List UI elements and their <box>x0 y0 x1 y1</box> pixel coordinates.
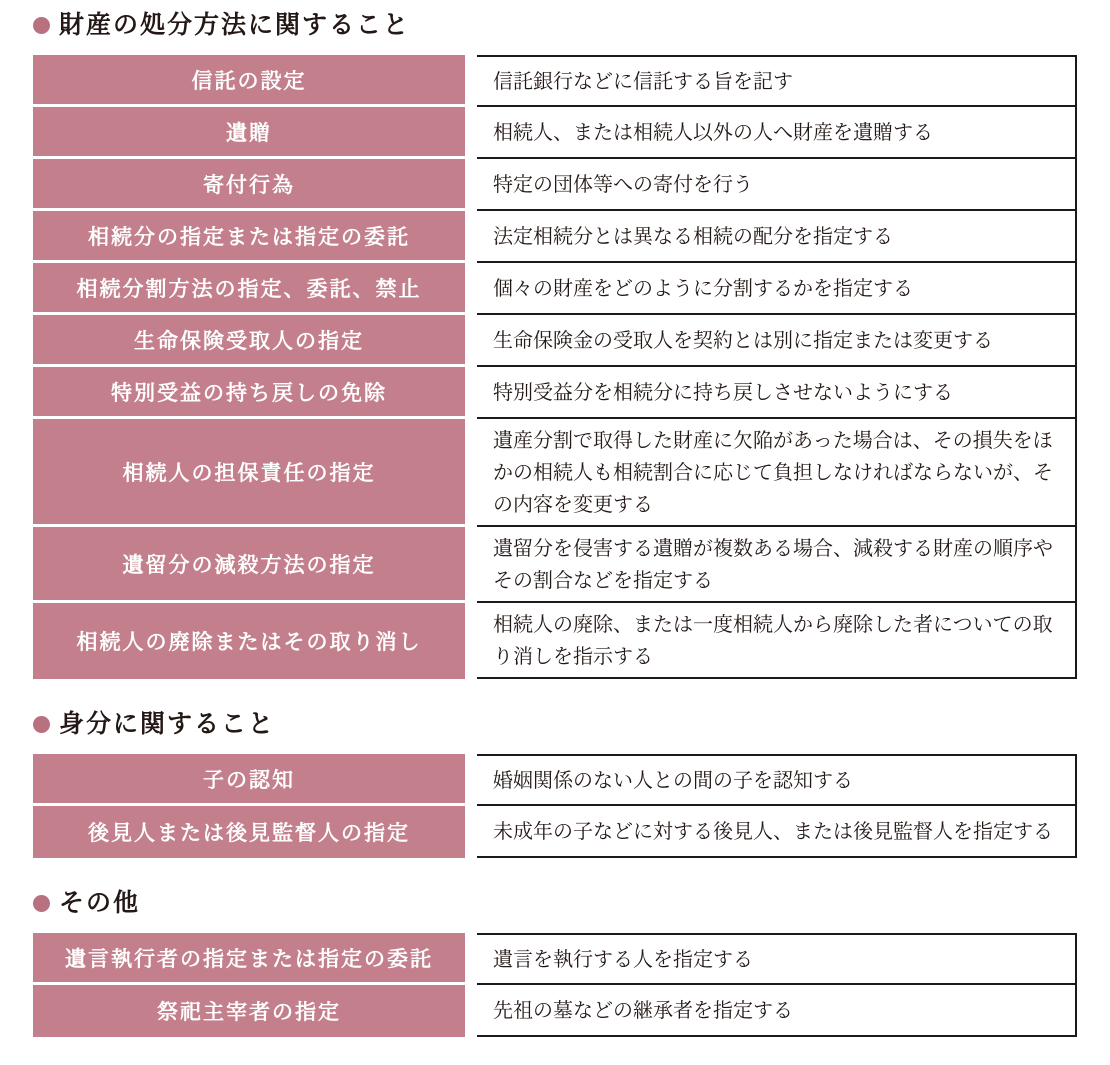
table-row: 祭祀主宰者の指定 先祖の墓などの継承者を指定する <box>33 985 1077 1037</box>
term-cell: 後見人または後見監督人の指定 <box>33 806 465 858</box>
description-cell: 信託銀行などに信託する旨を記す <box>477 55 1077 107</box>
column-gap <box>465 527 477 603</box>
term-cell: 相続人の廃除またはその取り消し <box>33 603 465 679</box>
personal-status-table: 子の認知 婚姻関係のない人との間の子を認知する 後見人または後見監督人の指定 未… <box>33 754 1077 858</box>
column-gap <box>465 985 477 1037</box>
table-row: 子の認知 婚姻関係のない人との間の子を認知する <box>33 754 1077 806</box>
table-row: 遺留分の減殺方法の指定 遺留分を侵害する遺贈が複数ある場合、減殺する財産の順序や… <box>33 527 1077 603</box>
table-row: 相続人の担保責任の指定 遺産分割で取得した財産に欠陥があった場合は、その損失をほ… <box>33 419 1077 527</box>
bullet-icon <box>33 895 50 912</box>
description-cell: 先祖の墓などの継承者を指定する <box>477 985 1077 1037</box>
description-cell: 相続人、または相続人以外の人へ財産を遺贈する <box>477 107 1077 159</box>
description-cell: 個々の財産をどのように分割するかを指定する <box>477 263 1077 315</box>
term-cell: 遺留分の減殺方法の指定 <box>33 527 465 603</box>
column-gap <box>465 211 477 263</box>
column-gap <box>465 55 477 107</box>
description-cell: 相続人の廃除、または一度相続人から廃除した者についての取り消しを指示する <box>477 603 1077 679</box>
document-page: 財産の処分方法に関すること 信託の設定 信託銀行などに信託する旨を記す 遺贈 相… <box>0 0 1110 1065</box>
column-gap <box>465 603 477 679</box>
term-cell: 祭祀主宰者の指定 <box>33 985 465 1037</box>
term-cell: 相続人の担保責任の指定 <box>33 419 465 527</box>
term-cell: 遺言執行者の指定または指定の委託 <box>33 933 465 985</box>
section-heading: 身分に関すること <box>33 709 1077 739</box>
term-cell: 生命保険受取人の指定 <box>33 315 465 367</box>
column-gap <box>465 419 477 527</box>
section-heading: 財産の処分方法に関すること <box>33 10 1077 40</box>
description-cell: 遺留分を侵害する遺贈が複数ある場合、減殺する財産の順序やその割合などを指定する <box>477 527 1077 603</box>
description-cell: 特別受益分を相続分に持ち戻しさせないようにする <box>477 367 1077 419</box>
column-gap <box>465 263 477 315</box>
column-gap <box>465 754 477 806</box>
description-cell: 遺産分割で取得した財産に欠陥があった場合は、その損失をほかの相続人も相続割合に応… <box>477 419 1077 527</box>
description-cell: 婚姻関係のない人との間の子を認知する <box>477 754 1077 806</box>
table-row: 特別受益の持ち戻しの免除 特別受益分を相続分に持ち戻しさせないようにする <box>33 367 1077 419</box>
term-cell: 寄付行為 <box>33 159 465 211</box>
column-gap <box>465 315 477 367</box>
description-cell: 生命保険金の受取人を契約とは別に指定または変更する <box>477 315 1077 367</box>
section-personal-status: 身分に関すること 子の認知 婚姻関係のない人との間の子を認知する 後見人または後… <box>33 709 1077 858</box>
table-row: 相続分の指定または指定の委託 法定相続分とは異なる相続の配分を指定する <box>33 211 1077 263</box>
section-title: 財産の処分方法に関すること <box>59 10 410 40</box>
description-cell: 未成年の子などに対する後見人、または後見監督人を指定する <box>477 806 1077 858</box>
table-row: 遺言執行者の指定または指定の委託 遺言を執行する人を指定する <box>33 933 1077 985</box>
table-row: 相続分割方法の指定、委託、禁止 個々の財産をどのように分割するかを指定する <box>33 263 1077 315</box>
section-title: 身分に関すること <box>59 709 275 739</box>
term-cell: 特別受益の持ち戻しの免除 <box>33 367 465 419</box>
description-cell: 法定相続分とは異なる相続の配分を指定する <box>477 211 1077 263</box>
others-table: 遺言執行者の指定または指定の委託 遺言を執行する人を指定する 祭祀主宰者の指定 … <box>33 933 1077 1037</box>
term-cell: 子の認知 <box>33 754 465 806</box>
section-title: その他 <box>59 888 140 918</box>
column-gap <box>465 107 477 159</box>
term-cell: 信託の設定 <box>33 55 465 107</box>
term-cell: 相続分割方法の指定、委託、禁止 <box>33 263 465 315</box>
term-cell: 相続分の指定または指定の委託 <box>33 211 465 263</box>
bullet-icon <box>33 716 50 733</box>
description-cell: 特定の団体等への寄付を行う <box>477 159 1077 211</box>
description-cell: 遺言を執行する人を指定する <box>477 933 1077 985</box>
section-others: その他 遺言執行者の指定または指定の委託 遺言を執行する人を指定する 祭祀主宰者… <box>33 888 1077 1037</box>
table-row: 信託の設定 信託銀行などに信託する旨を記す <box>33 55 1077 107</box>
section-heading: その他 <box>33 888 1077 918</box>
column-gap <box>465 159 477 211</box>
bullet-icon <box>33 17 50 34</box>
section-property-disposal: 財産の処分方法に関すること 信託の設定 信託銀行などに信託する旨を記す 遺贈 相… <box>33 10 1077 679</box>
column-gap <box>465 367 477 419</box>
property-disposal-table: 信託の設定 信託銀行などに信託する旨を記す 遺贈 相続人、または相続人以外の人へ… <box>33 55 1077 679</box>
column-gap <box>465 806 477 858</box>
table-row: 寄付行為 特定の団体等への寄付を行う <box>33 159 1077 211</box>
table-row: 遺贈 相続人、または相続人以外の人へ財産を遺贈する <box>33 107 1077 159</box>
table-row: 生命保険受取人の指定 生命保険金の受取人を契約とは別に指定または変更する <box>33 315 1077 367</box>
term-cell: 遺贈 <box>33 107 465 159</box>
column-gap <box>465 933 477 985</box>
table-row: 後見人または後見監督人の指定 未成年の子などに対する後見人、または後見監督人を指… <box>33 806 1077 858</box>
table-row: 相続人の廃除またはその取り消し 相続人の廃除、または一度相続人から廃除した者につ… <box>33 603 1077 679</box>
